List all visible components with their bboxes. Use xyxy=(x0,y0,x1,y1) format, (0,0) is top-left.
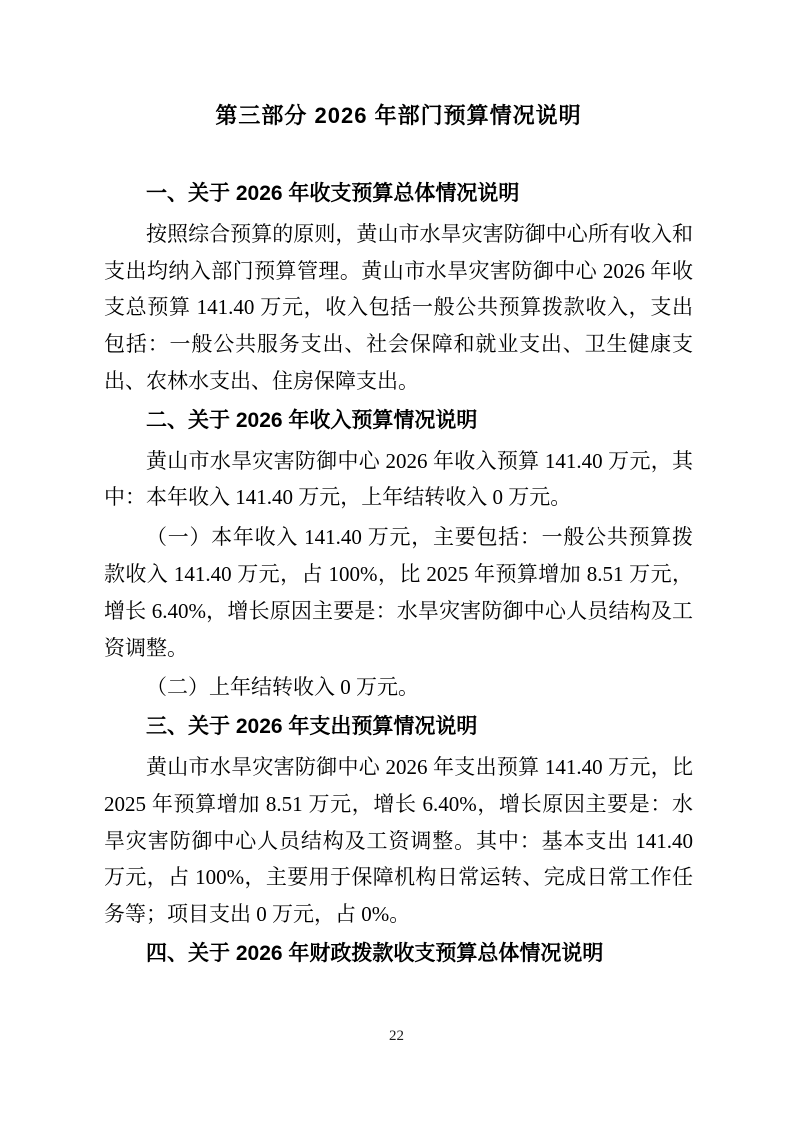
section-heading-1: 一、关于 2026 年收支预算总体情况说明 xyxy=(104,176,693,213)
paragraph: （一）本年收入 141.40 万元，主要包括：一般公共预算拨款收入 141.40… xyxy=(104,519,693,666)
section-heading-2: 二、关于 2026 年收入预算情况说明 xyxy=(104,403,693,440)
document-page: 第三部分 2026 年部门预算情况说明 一、关于 2026 年收支预算总体情况说… xyxy=(0,0,793,1122)
paragraph: 按照综合预算的原则，黄山市水旱灾害防御中心所有收入和支出均纳入部门预算管理。黄山… xyxy=(104,216,693,400)
section-heading-3: 三、关于 2026 年支出预算情况说明 xyxy=(104,709,693,746)
paragraph: 黄山市水旱灾害防御中心 2026 年支出预算 141.40 万元，比 2025 … xyxy=(104,749,693,933)
section-heading-4: 四、关于 2026 年财政拨款收支预算总体情况说明 xyxy=(104,936,693,973)
paragraph: （二）上年结转收入 0 万元。 xyxy=(104,669,693,706)
document-content: 第三部分 2026 年部门预算情况说明 一、关于 2026 年收支预算总体情况说… xyxy=(104,97,693,976)
page-number: 22 xyxy=(0,1026,793,1046)
page-title: 第三部分 2026 年部门预算情况说明 xyxy=(104,97,693,134)
paragraph: 黄山市水旱灾害防御中心 2026 年收入预算 141.40 万元，其中：本年收入… xyxy=(104,443,693,517)
